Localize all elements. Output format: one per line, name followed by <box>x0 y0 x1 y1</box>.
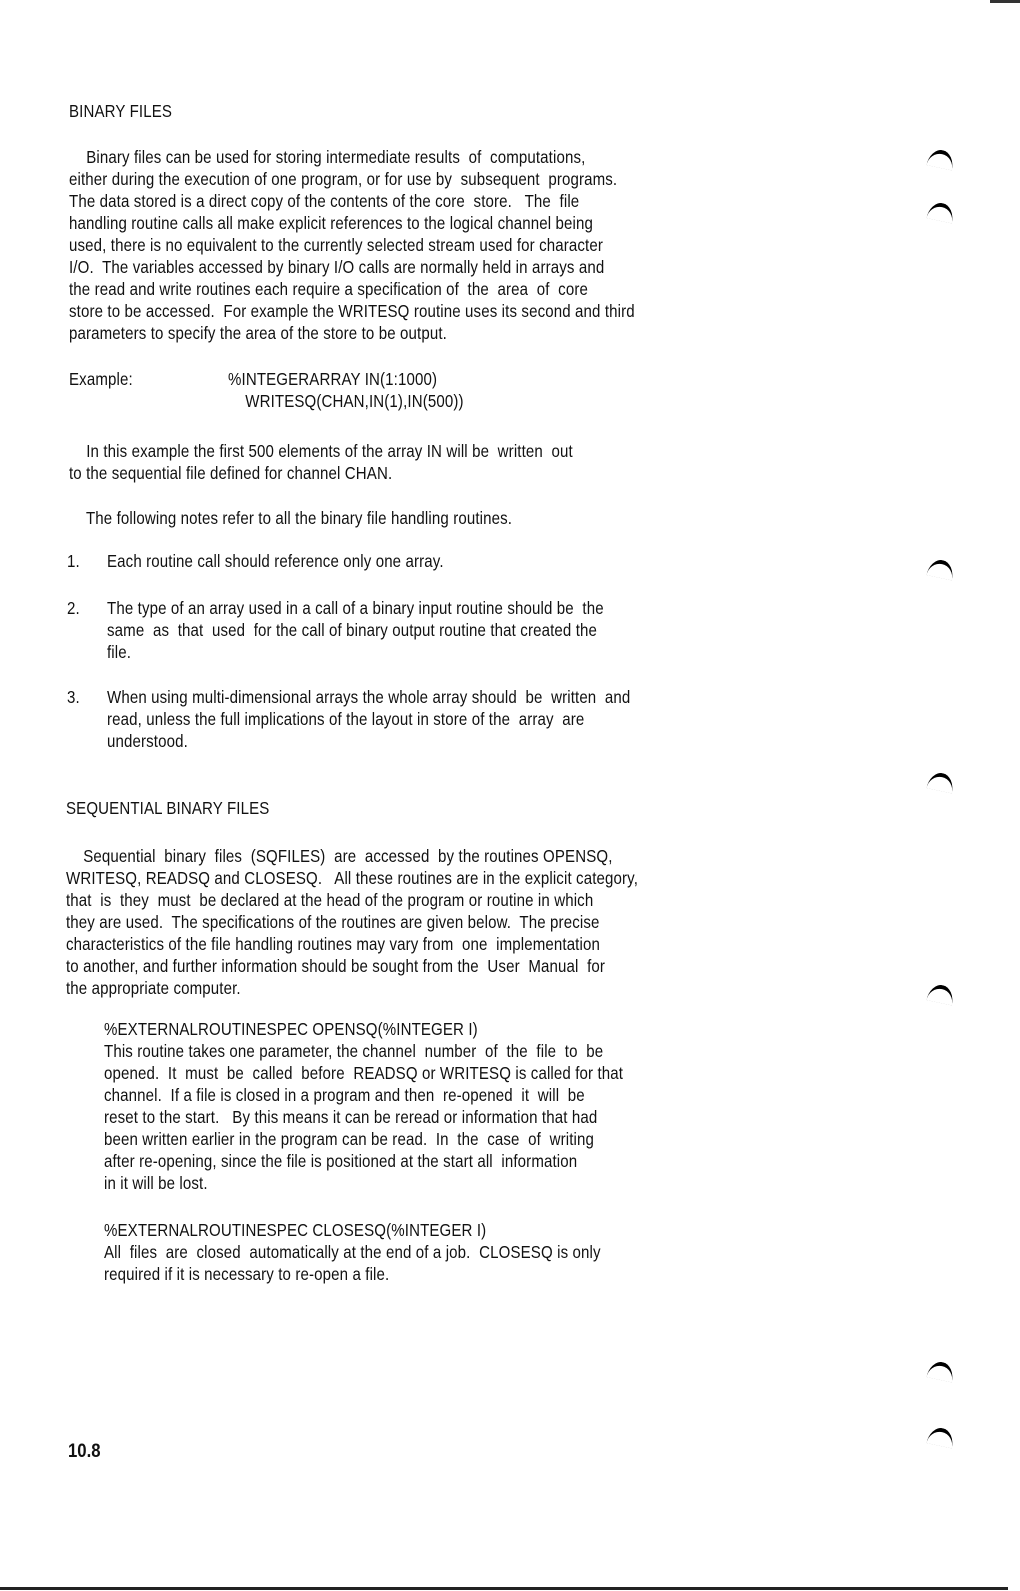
binder-hole-icon <box>926 1359 955 1382</box>
binder-hole-icon <box>926 200 955 223</box>
binary-files-intro-paragraph: Binary files can be used for storing int… <box>69 146 635 344</box>
note-item: Each routine call should reference only … <box>107 550 444 572</box>
binder-hole-icon <box>926 770 955 793</box>
note-item: The type of an array used in a call of a… <box>107 597 604 663</box>
paragraph-line: characteristics of the file handling rou… <box>66 933 638 955</box>
description-line: required if it is necessary to re-open a… <box>104 1263 601 1285</box>
description-line: opened. It must be called before READSQ … <box>104 1062 623 1084</box>
note-line: file. <box>107 641 604 663</box>
note-number: 1. <box>67 550 80 572</box>
page-number: 10.8 <box>68 1441 101 1463</box>
document-page: BINARY FILES Binary files can be used fo… <box>0 0 1020 1591</box>
binder-hole-icon <box>926 982 955 1005</box>
paragraph-line: WRITESQ, READSQ and CLOSESQ. All these r… <box>66 867 638 889</box>
paragraph-line: Binary files can be used for storing int… <box>69 146 635 168</box>
paragraph-line: In this example the first 500 elements o… <box>69 440 573 462</box>
routine-spec-signature: %EXTERNALROUTINESPEC CLOSESQ(%INTEGER I) <box>104 1219 486 1241</box>
note-line: understood. <box>107 730 630 752</box>
section-heading-sequential-binary-files: SEQUENTIAL BINARY FILES <box>66 797 269 819</box>
note-line: same as that used for the call of binary… <box>107 619 604 641</box>
binder-hole-icon <box>926 1425 955 1448</box>
paragraph-line: parameters to specify the area of the st… <box>69 322 635 344</box>
paragraph-line: that is they must be declared at the hea… <box>66 889 638 911</box>
routine-description: All files are closed automatically at th… <box>104 1241 601 1285</box>
paragraph-line: either during the execution of one progr… <box>69 168 635 190</box>
description-line: All files are closed automatically at th… <box>104 1241 601 1263</box>
note-line: read, unless the full implications of th… <box>107 708 630 730</box>
note-number: 2. <box>67 597 80 619</box>
routine-spec-signature: %EXTERNALROUTINESPEC OPENSQ(%INTEGER I) <box>104 1018 478 1040</box>
paragraph-line: the appropriate computer. <box>66 977 638 999</box>
description-line: reset to the start. By this means it can… <box>104 1106 623 1128</box>
note-line: Each routine call should reference only … <box>107 550 444 572</box>
example-explanation-paragraph: In this example the first 500 elements o… <box>69 440 573 484</box>
description-line: This routine takes one parameter, the ch… <box>104 1040 623 1062</box>
sequential-files-intro-paragraph: Sequential binary files (SQFILES) are ac… <box>66 845 638 999</box>
example-label: Example: <box>69 368 133 390</box>
note-line: The type of an array used in a call of a… <box>107 597 604 619</box>
note-item: When using multi-dimensional arrays the … <box>107 686 630 752</box>
paragraph-line: to another, and further information shou… <box>66 955 638 977</box>
paragraph-line: store to be accessed. For example the WR… <box>69 300 635 322</box>
binder-hole-icon <box>926 557 955 580</box>
description-line: in it will be lost. <box>104 1172 623 1194</box>
paragraph-line: I/O. The variables accessed by binary I/… <box>69 256 635 278</box>
notes-intro: The following notes refer to all the bin… <box>69 507 512 529</box>
description-line: channel. If a file is closed in a progra… <box>104 1084 623 1106</box>
paragraph-line: they are used. The specifications of the… <box>66 911 638 933</box>
paragraph-line: used, there is no equivalent to the curr… <box>69 234 635 256</box>
note-line: When using multi-dimensional arrays the … <box>107 686 630 708</box>
description-line: after re-opening, since the file is posi… <box>104 1150 623 1172</box>
bottom-edge-rule <box>0 1587 1008 1590</box>
description-line: been written earlier in the program can … <box>104 1128 623 1150</box>
routine-description: This routine takes one parameter, the ch… <box>104 1040 623 1194</box>
paragraph-line: Sequential binary files (SQFILES) are ac… <box>66 845 638 867</box>
top-edge-mark <box>990 0 1020 3</box>
paragraph-line: The data stored is a direct copy of the … <box>69 190 635 212</box>
paragraph-line: the read and write routines each require… <box>69 278 635 300</box>
paragraph-line: to the sequential file defined for chann… <box>69 462 573 484</box>
paragraph-line: handling routine calls all make explicit… <box>69 212 635 234</box>
example-code-line-1: %INTEGERARRAY IN(1:1000) <box>228 368 437 390</box>
note-number: 3. <box>67 686 80 708</box>
example-code-line-2: WRITESQ(CHAN,IN(1),IN(500)) <box>228 390 464 412</box>
binder-hole-icon <box>926 147 955 170</box>
section-heading-binary-files: BINARY FILES <box>69 100 172 122</box>
